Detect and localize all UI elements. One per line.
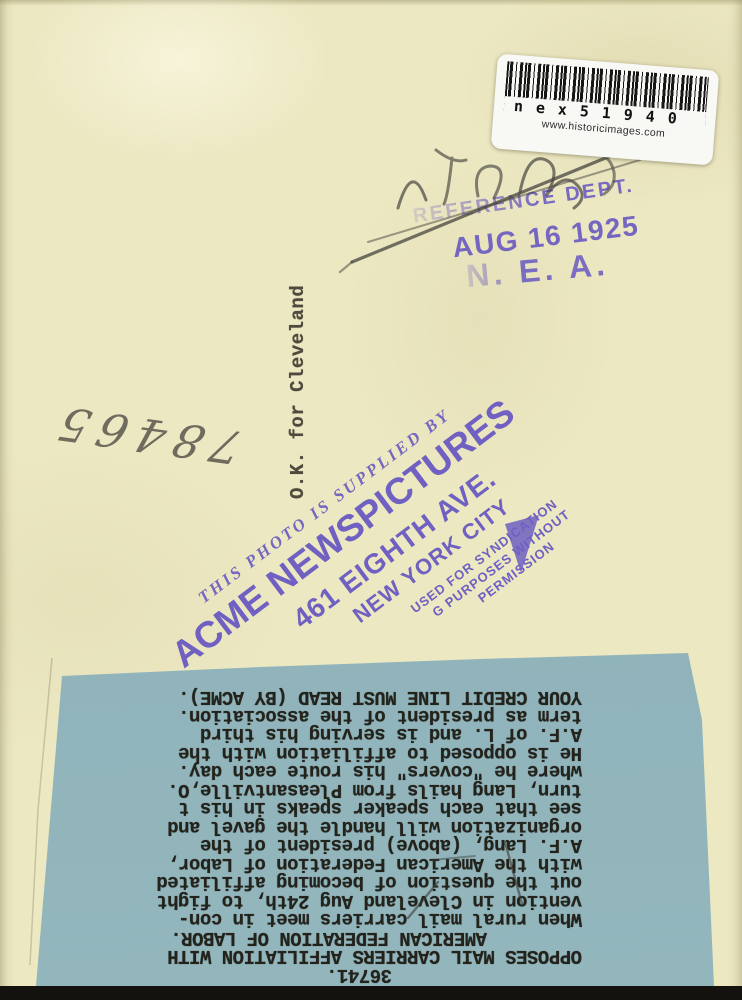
- scan-edge-strip: [0, 986, 742, 1000]
- caption-line: out the question of becoming affiliated: [82, 873, 582, 892]
- caption-line: When rural mail carriers meet in con-: [82, 910, 582, 929]
- caption-line: 36741.: [82, 966, 392, 985]
- caption-line: A.F. Lang, (above) president of the: [82, 836, 582, 855]
- caption-line: with the American Federation of Labor,: [82, 855, 582, 874]
- barcode-sticker: nex51940 www.historicimages.com: [491, 53, 720, 165]
- caption-line: where he "covers" his route each day.: [82, 762, 582, 781]
- ok-for-cleveland-note: O.K. for Cleveland: [287, 259, 309, 499]
- caption-line: see that each speaker speaks in his t: [82, 799, 582, 818]
- photo-back-scan: nex51940 www.historicimages.com REFERENC…: [0, 0, 742, 1000]
- caption-line: vention in Cleveland Aug 24th, to fight: [82, 892, 582, 911]
- caption-line: He is opposed to affiliation with the: [82, 744, 582, 763]
- caption-line: AMERICAN FEDERATION OF LABOR.: [82, 929, 487, 948]
- typed-caption-block: 36741. OPPOSES MAIL CARRIERS AFFILIATION…: [82, 688, 582, 984]
- caption-line: A.F. of L. and is serving his third: [82, 725, 582, 744]
- caption-line: OPPOSES MAIL CARRIERS AFFILIATION WITH: [82, 947, 582, 966]
- caption-line: organization will handle the gavel and: [82, 818, 582, 837]
- caption-line: turn, Lang hails from Pleasantville,O.: [82, 781, 582, 800]
- caption-line: YOUR CREDIT LINE MUST READ (BY ACME).: [82, 688, 582, 707]
- caption-line: term as president of the association.: [82, 707, 582, 726]
